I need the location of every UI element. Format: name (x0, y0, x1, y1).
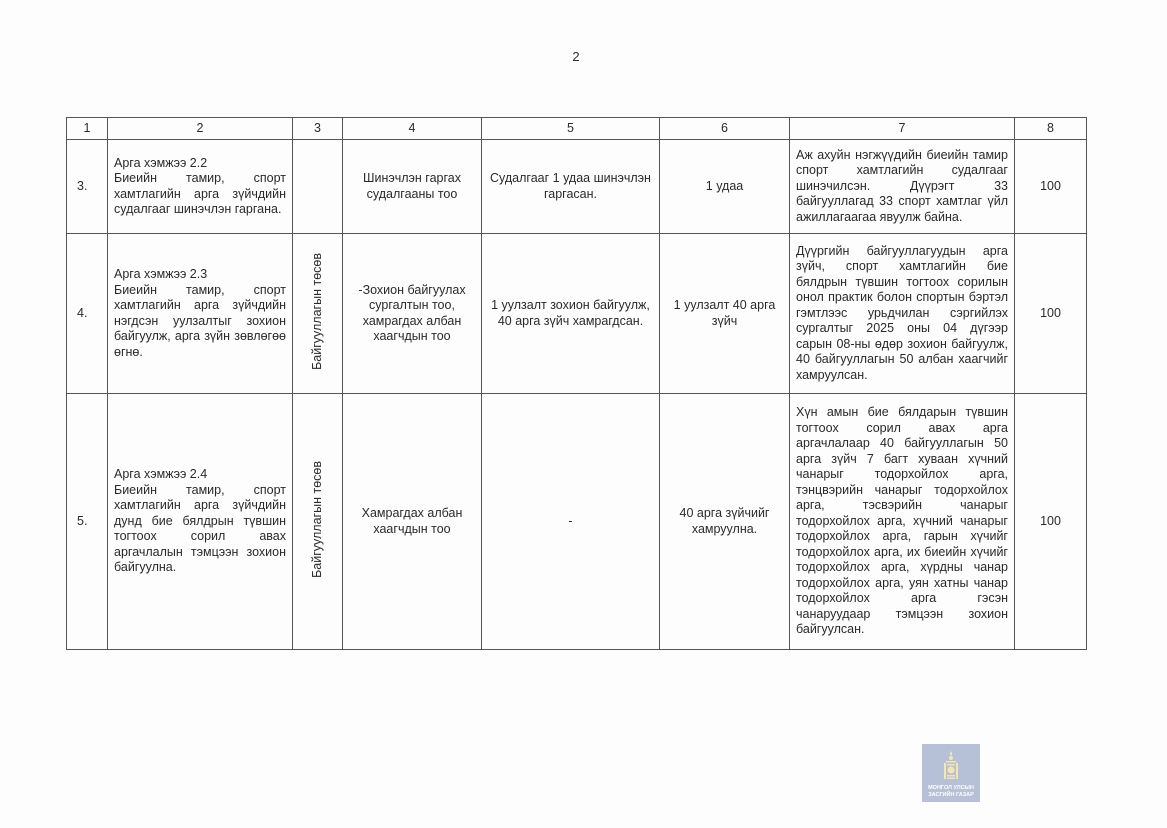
column-header: 1 (67, 118, 108, 140)
funding-cell: Байгууллагын төсөв (293, 394, 343, 650)
measure-text: Биеийн тамир, спорт хамтлагийн арга зүйч… (114, 483, 286, 575)
column-header: 3 (293, 118, 343, 140)
measure-cell: Арга хэмжээ 2.3 Биеийн тамир, спорт хамт… (108, 234, 293, 394)
target-cell: 1 удаа (660, 140, 790, 234)
table-row: 3. Арга хэмжээ 2.2 Биеийн тамир, спорт х… (67, 140, 1087, 234)
government-stamp: МОНГОЛ УЛСЫН ЗАСГИЙН ГАЗАР (922, 744, 980, 802)
score-cell: 100 (1015, 394, 1087, 650)
score-cell: 100 (1015, 234, 1087, 394)
stamp-text: МОНГОЛ УЛСЫН ЗАСГИЙН ГАЗАР (928, 785, 974, 798)
row-number: 3. (67, 140, 108, 234)
result-cell: Дүүргийн байгууллагуудын арга зүйч, спор… (790, 234, 1015, 394)
score-cell: 100 (1015, 140, 1087, 234)
row-number: 4. (67, 234, 108, 394)
measure-text: Биеийн тамир, спорт хамтлагийн арга зүйч… (114, 171, 286, 216)
row-number: 5. (67, 394, 108, 650)
measure-text: Биеийн тамир, спорт хамтлагийн арга зүйч… (114, 283, 286, 359)
indicator-cell: Шинэчлэн гаргах судалгааны тоо (343, 140, 482, 234)
baseline-cell: Судалгааг 1 удаа шинэчлэн гаргасан. (482, 140, 660, 234)
target-cell: 1 уулзалт 40 арга зүйч (660, 234, 790, 394)
result-cell: Аж ахуйн нэгжүүдийн биеийн тамир спорт х… (790, 140, 1015, 234)
funding-cell (293, 140, 343, 234)
measure-title: Арга хэмжээ 2.2 (114, 156, 286, 172)
target-cell: 40 арга зүйчийг хамруулна. (660, 394, 790, 650)
measure-cell: Арга хэмжээ 2.4 Биеийн тамир, спорт хамт… (108, 394, 293, 650)
funding-cell: Байгууллагын төсөв (293, 234, 343, 394)
result-cell: Хүн амын бие бялдарын түвшин тогтоох сор… (790, 394, 1015, 650)
column-header: 8 (1015, 118, 1087, 140)
measure-title: Арга хэмжээ 2.4 (114, 467, 286, 483)
measure-title: Арга хэмжээ 2.3 (114, 267, 286, 283)
table-row: 4. Арга хэмжээ 2.3 Биеийн тамир, спорт х… (67, 234, 1087, 394)
page-number: 2 (0, 49, 1152, 64)
soyombo-emblem-icon (943, 751, 959, 781)
column-header: 5 (482, 118, 660, 140)
indicator-cell: -Зохион байгуулах сургалтын тоо, хамрагд… (343, 234, 482, 394)
baseline-cell: 1 уулзалт зохион байгуулж, 40 арга зүйч … (482, 234, 660, 394)
column-header: 6 (660, 118, 790, 140)
report-table: 1 2 3 4 5 6 7 8 3. Арга хэмжээ 2.2 Биеий… (66, 117, 1087, 650)
measure-cell: Арга хэмжээ 2.2 Биеийн тамир, спорт хамт… (108, 140, 293, 234)
indicator-cell: Хамрагдах албан хаагчдын тоо (343, 394, 482, 650)
table-row: 5. Арга хэмжээ 2.4 Биеийн тамир, спорт х… (67, 394, 1087, 650)
column-header: 7 (790, 118, 1015, 140)
table-header-row: 1 2 3 4 5 6 7 8 (67, 118, 1087, 140)
baseline-cell: - (482, 394, 660, 650)
column-header: 2 (108, 118, 293, 140)
column-header: 4 (343, 118, 482, 140)
